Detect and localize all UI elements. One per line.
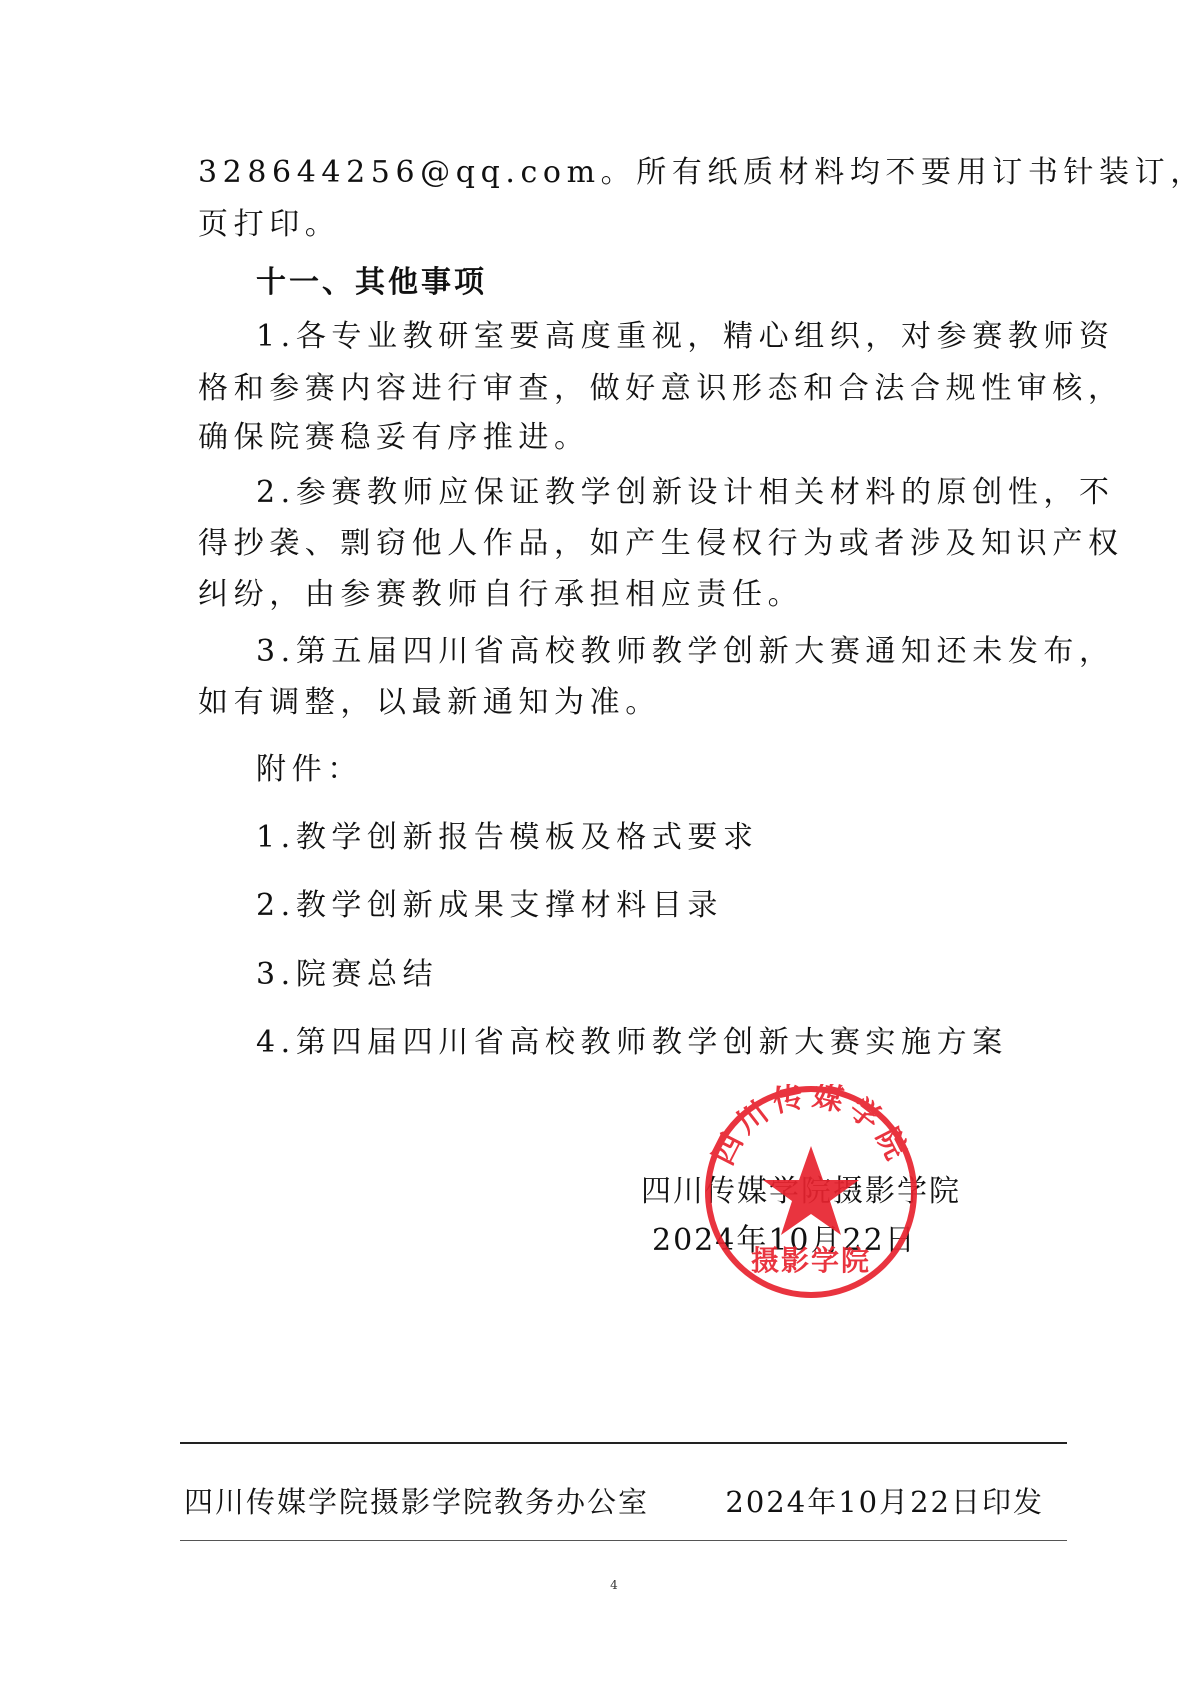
body-line: 页打印。 <box>198 205 1038 245</box>
svg-text:摄影学院: 摄影学院 <box>751 1244 871 1277</box>
paragraph-3-line-2: 如有调整，以最新通知为准。 <box>198 683 1038 723</box>
attachment-item: 3.院赛总结 <box>256 955 1096 995</box>
paragraph-2-line-3: 纠纷，由参赛教师自行承担相应责任。 <box>198 575 1038 615</box>
attachment-item: 4.第四届四川省高校教师教学创新大赛实施方案 <box>256 1023 1096 1063</box>
attachment-item: 1.教学创新报告模板及格式要求 <box>256 818 1096 858</box>
official-seal-icon: 四川传媒学院 摄影学院 <box>703 1084 919 1300</box>
paragraph-2-line-2: 得抄袭、剽窃他人作品，如产生侵权行为或者涉及知识产权 <box>198 524 1038 564</box>
footer-issue-line: 四川传媒学院摄影学院教务办公室 2024年10月22日印发 <box>184 1482 1044 1522</box>
paragraph-1-line-3: 确保院赛稳妥有序推进。 <box>198 418 1038 458</box>
footer-top-rule <box>180 1442 1067 1444</box>
page-number: 4 <box>604 1578 624 1592</box>
body-line: 328644256@qq.com。所有纸质材料均不要用订书针装订，单 <box>198 153 1038 193</box>
footer-issue-date: 2024年10月22日印发 <box>725 1482 1044 1522</box>
paragraph-3-line-1: 3.第五届四川省高校教师教学创新大赛通知还未发布， <box>256 632 1096 672</box>
footer-bottom-rule <box>180 1540 1067 1541</box>
attachment-item: 2.教学创新成果支撑材料目录 <box>256 886 1096 926</box>
section-heading: 十一、其他事项 <box>256 263 1096 303</box>
paragraph-2-line-1: 2.参赛教师应保证教学创新设计相关材料的原创性，不 <box>256 473 1096 513</box>
paragraph-1-line-1: 1.各专业教研室要高度重视，精心组织，对参赛教师资 <box>256 317 1096 357</box>
footer-issuer: 四川传媒学院摄影学院教务办公室 <box>184 1482 649 1522</box>
paragraph-1-line-2: 格和参赛内容进行审查，做好意识形态和合法合规性审核， <box>198 369 1038 409</box>
attachments-label: 附件： <box>256 750 1096 790</box>
